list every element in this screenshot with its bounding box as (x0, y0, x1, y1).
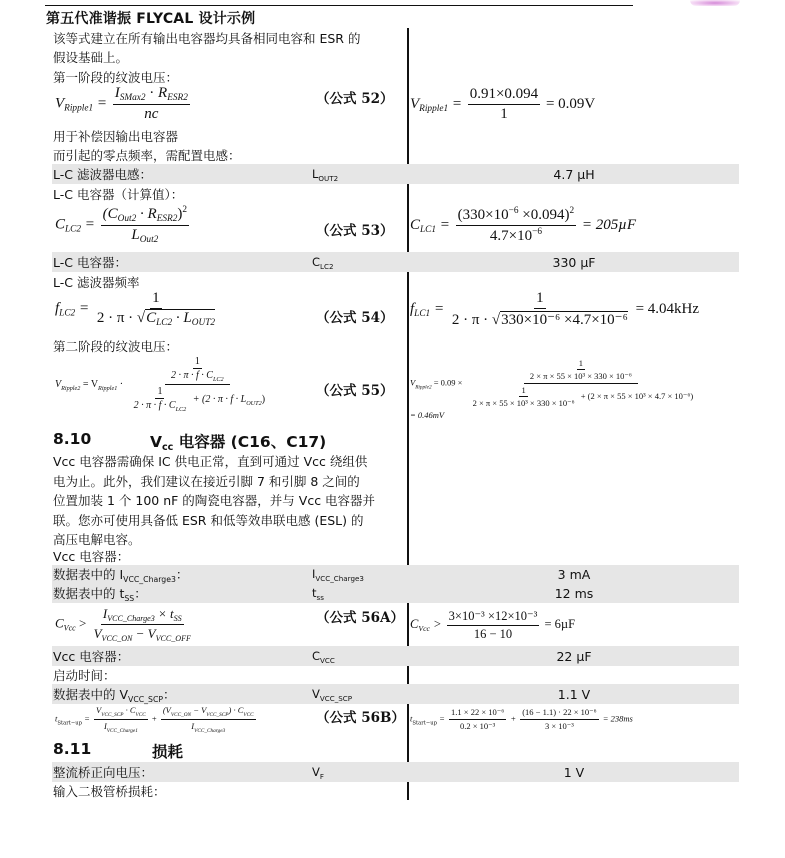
eq56b-formula: tStart−up = VVCC_SCP · CVCC IVCC_Charge1… (55, 705, 258, 734)
section-8-11-number: 8.11 (53, 740, 91, 758)
eq52-formula: VRipple1 = ISMax2 · RESR2 nc (55, 85, 192, 123)
eq54-calc: fLC1 = 1 2 · π · √330×10⁻⁶ ×4.7×10⁻⁶ = 4… (410, 290, 699, 329)
cvcc-value: 22 µF (409, 647, 739, 666)
lc-cap-calc-label: L-C 电容器（计算值）： (53, 185, 183, 204)
tss-symbol: tss (312, 584, 324, 607)
document-title: 第五代准谐振 FLYCAL 设计示例 (46, 8, 255, 28)
vf-value: 1 V (409, 763, 739, 782)
stage2-label: 第二阶段的纹波电压： (53, 337, 178, 356)
eq55-calc: VRipple2 = 0.09 × 12 × π × 55 × 10³ × 33… (410, 358, 697, 409)
startup-time-label: 启动时间： (53, 666, 116, 685)
section-8-10-paragraph: Vcc 电容器需确保 IC 供电正常，直到可通过 Vcc 绕组供 电为止。此外，… (53, 452, 405, 550)
eq56a-formula: CVcc > IVCC_Charge3 × tSS VVCC_ON − VVCC… (55, 606, 195, 643)
eq55-tag: （公式 55） (316, 379, 394, 399)
eq52-calc: VRipple1 = 0.91×0.094 1 = 0.09V (410, 86, 595, 123)
eq56b-tag: （公式 56B） (316, 706, 405, 726)
vf-symbol: VF (312, 763, 324, 786)
eq53-tag: （公式 53） (316, 219, 394, 239)
lc-inductor-symbol: LOUT2 (312, 165, 338, 188)
cvcc-label: Vcc 电容器： (53, 647, 129, 666)
para-line: 电为止。此外，我们建议在接近引脚 7 和引脚 8 之间的 (53, 472, 405, 492)
intro-line-1: 该等式建立在所有输出电容器均具备相同电容和 ESR 的 (53, 29, 360, 48)
header-rule (45, 5, 633, 6)
eq56b-calc: tStart−up = 1.1 × 22 × 10⁻⁶0.2 × 10⁻³ + … (410, 707, 633, 732)
vf-label: 整流桥正向电压： (53, 763, 153, 782)
lc-cap-value: 330 µF (409, 253, 739, 272)
eq53-calc: CLC1 = (330×10−6 ×0.094)2 4.7×10−6 = 205… (410, 206, 636, 245)
eq54-formula: fLC2 = 1 2 · π · √CLC2 · LOUT2 (55, 290, 219, 328)
bridge-loss-label: 输入二极管桥损耗： (53, 782, 166, 801)
tss-value: 12 ms (409, 584, 739, 603)
eq55-formula: VRipple2 = VRipple1 · 12 · π · f · CLC2 … (55, 356, 269, 413)
eq52-tag: （公式 52） (316, 87, 394, 107)
intro-line-2: 假设基础上。 (53, 48, 128, 67)
section-8-10-number: 8.10 (53, 430, 91, 448)
para-line: 联。您亦可使用具备低 ESR 和低等效串联电感 (ESL) 的 (53, 511, 405, 531)
icharge-value: 3 mA (409, 565, 739, 584)
eq55-result: = 0.46mV (410, 410, 444, 420)
cvcc-symbol: CVCC (312, 647, 335, 670)
eq56a-tag: （公式 56A） (316, 606, 404, 626)
vscp-value: 1.1 V (409, 685, 739, 704)
vcc-cap-heading: Vcc 电容器： (53, 547, 129, 566)
lc-cap-label: L-C 电容器： (53, 253, 127, 272)
tss-label: 数据表中的 tSS： (53, 584, 147, 608)
lc-inductor-value: 4.7 µH (409, 165, 739, 184)
lc-inductor-label: L-C 滤波器电感： (53, 165, 152, 184)
eq56a-calc: CVcc > 3×10⁻³ ×12×10⁻³ 16 − 10 = 6µF (410, 608, 575, 642)
para-line: Vcc 电容器需确保 IC 供电正常，直到可通过 Vcc 绕组供 (53, 452, 405, 472)
para-line: 位置加装 1 个 100 nF 的陶瓷电容器，并与 Vcc 电容器并 (53, 491, 405, 511)
compensation-line-1: 用于补偿因输出电容器 (53, 127, 178, 146)
compensation-line-2: 而引起的零点频率，需配置电感： (53, 146, 241, 165)
eq53-formula: CLC2 = (COut2 · RESR2)2 LOut2 (55, 205, 191, 245)
section-8-10-title: Vcc 电容器 (C16、C17) (150, 430, 326, 453)
eq54-tag: （公式 54） (316, 306, 394, 326)
section-8-11-title: 损耗 (152, 740, 183, 762)
decorative-blob (690, 0, 740, 6)
vscp-symbol: VVCC_SCP (312, 685, 352, 708)
lc-cap-symbol: CLC2 (312, 253, 334, 276)
